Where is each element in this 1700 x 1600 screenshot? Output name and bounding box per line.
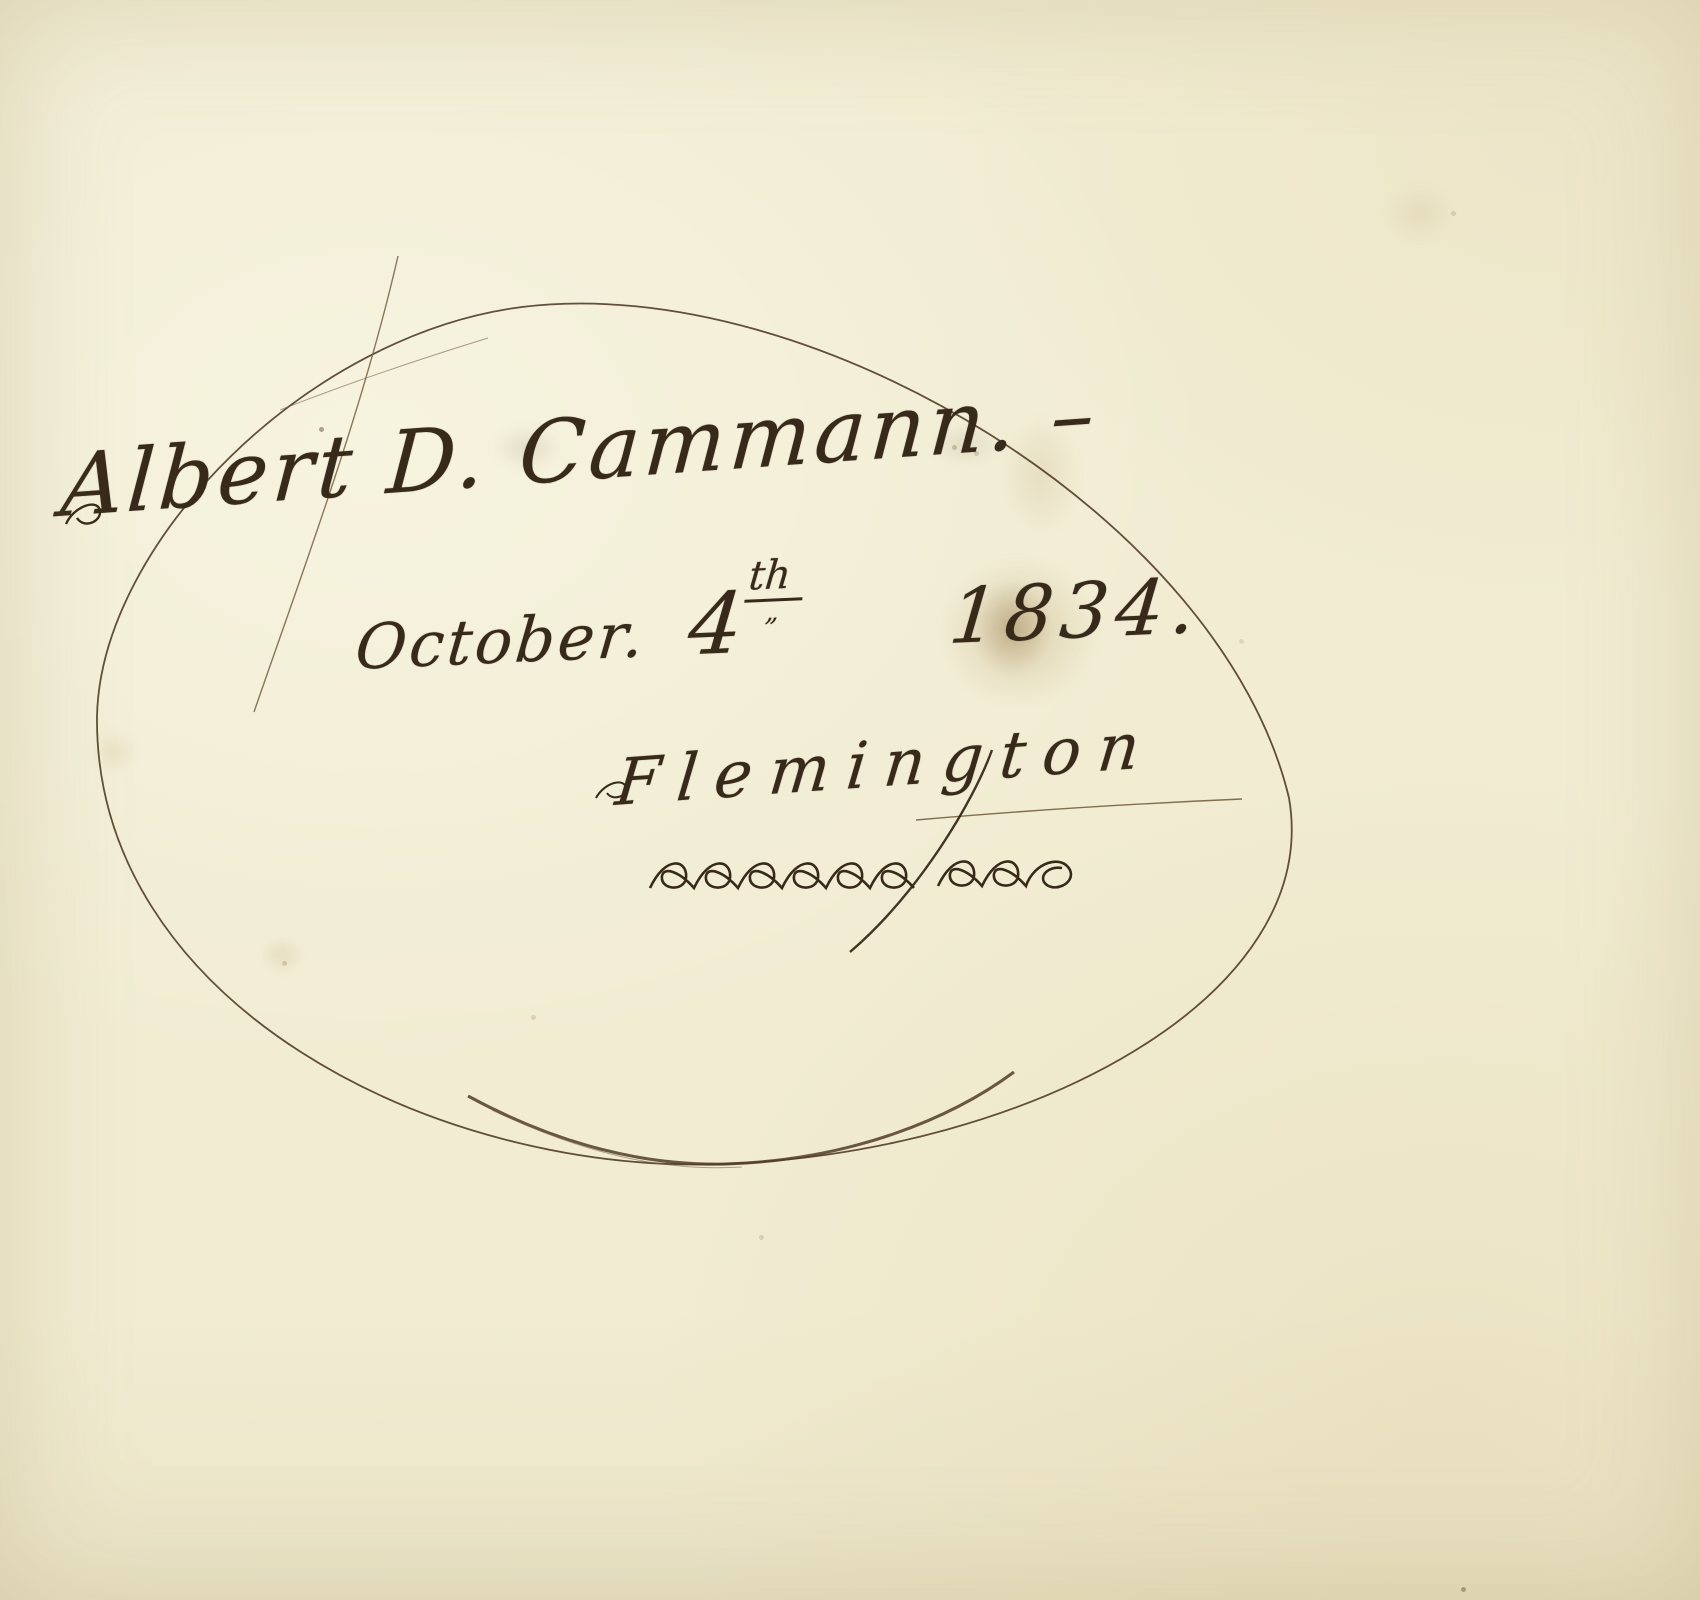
date-month: October. bbox=[352, 598, 650, 684]
date-ordinal-marks: „ bbox=[743, 604, 802, 622]
date-day-group: 4th„ bbox=[686, 634, 799, 658]
underflourish-right-coil bbox=[938, 861, 1071, 887]
date-ordinal-group: th„ bbox=[743, 551, 807, 622]
manuscript-page: Albert D. Cammann. – October.4th„1834. F… bbox=[0, 0, 1700, 1600]
date-ordinal: th bbox=[744, 551, 807, 603]
date-day: 4 bbox=[684, 574, 747, 675]
oval-bottom-scratch bbox=[492, 1110, 742, 1168]
date-year: 1834. bbox=[946, 561, 1207, 661]
underflourish-left-coil bbox=[650, 863, 914, 888]
